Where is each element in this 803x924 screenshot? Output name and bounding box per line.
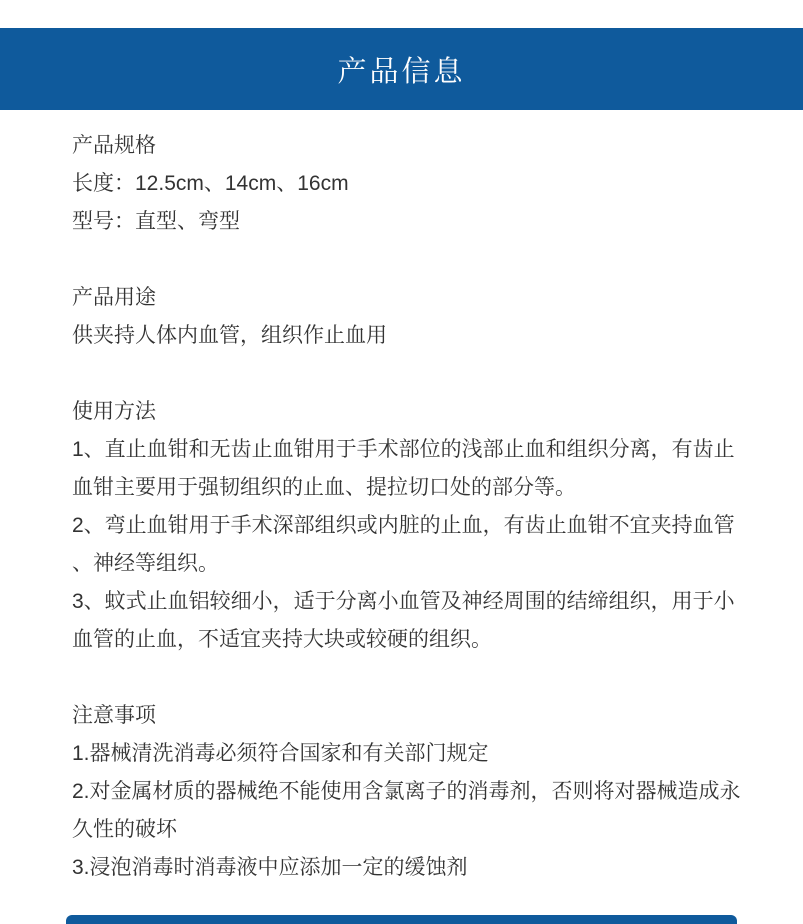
notes-line: 1.器械清洗消毒必须符合国家和有关部门规定 [72,735,752,773]
section-product-usage: 产品用途 供夹持人体内血管，组织作止血用 [72,279,752,355]
method-line: 血管的止血，不适宜夹持大块或较硬的组织。 [72,621,752,659]
method-line: 2、弯止血钳用于手术深部组织或内脏的止血，有齿止血钳不宜夹持血管 [72,507,752,545]
section-usage-method: 使用方法 1、直止血钳和无齿止血钳用于手术部位的浅部止血和组织分离，有齿止 血钳… [72,393,752,659]
notes-line: 久性的破坏 [72,811,752,849]
notes-line: 3.浸泡消毒时消毒液中应添加一定的缓蚀剂 [72,849,752,887]
method-line: 1、直止血钳和无齿止血钳用于手术部位的浅部止血和组织分离，有齿止 [72,431,752,469]
next-section-banner-partial [66,915,737,924]
usage-line: 供夹持人体内血管，组织作止血用 [72,317,752,355]
section-product-spec: 产品规格 长度：12.5cm、14cm、16cm 型号：直型、弯型 [72,127,752,241]
page-title: 产品信息 [337,49,465,90]
section-notes: 注意事项 1.器械清洗消毒必须符合国家和有关部门规定 2.对金属材质的器械绝不能… [72,697,752,887]
method-line: 3、蚊式止血铝较细小，适于分离小血管及神经周围的结缔组织，用于小 [72,583,752,621]
spec-length-line: 长度：12.5cm、14cm、16cm [72,165,752,203]
notes-line: 2.对金属材质的器械绝不能使用含氯离子的消毒剂，否则将对器械造成永 [72,773,752,811]
method-heading: 使用方法 [72,393,752,431]
notes-heading: 注意事项 [72,697,752,735]
method-line: 、神经等组织。 [72,545,752,583]
spec-model-line: 型号：直型、弯型 [72,203,752,241]
spec-heading: 产品规格 [72,127,752,165]
product-info-content: 产品规格 长度：12.5cm、14cm、16cm 型号：直型、弯型 产品用途 供… [72,127,752,887]
usage-heading: 产品用途 [72,279,752,317]
method-line: 血钳主要用于强韧组织的止血、提拉切口处的部分等。 [72,469,752,507]
header-banner: 产品信息 [0,28,803,110]
